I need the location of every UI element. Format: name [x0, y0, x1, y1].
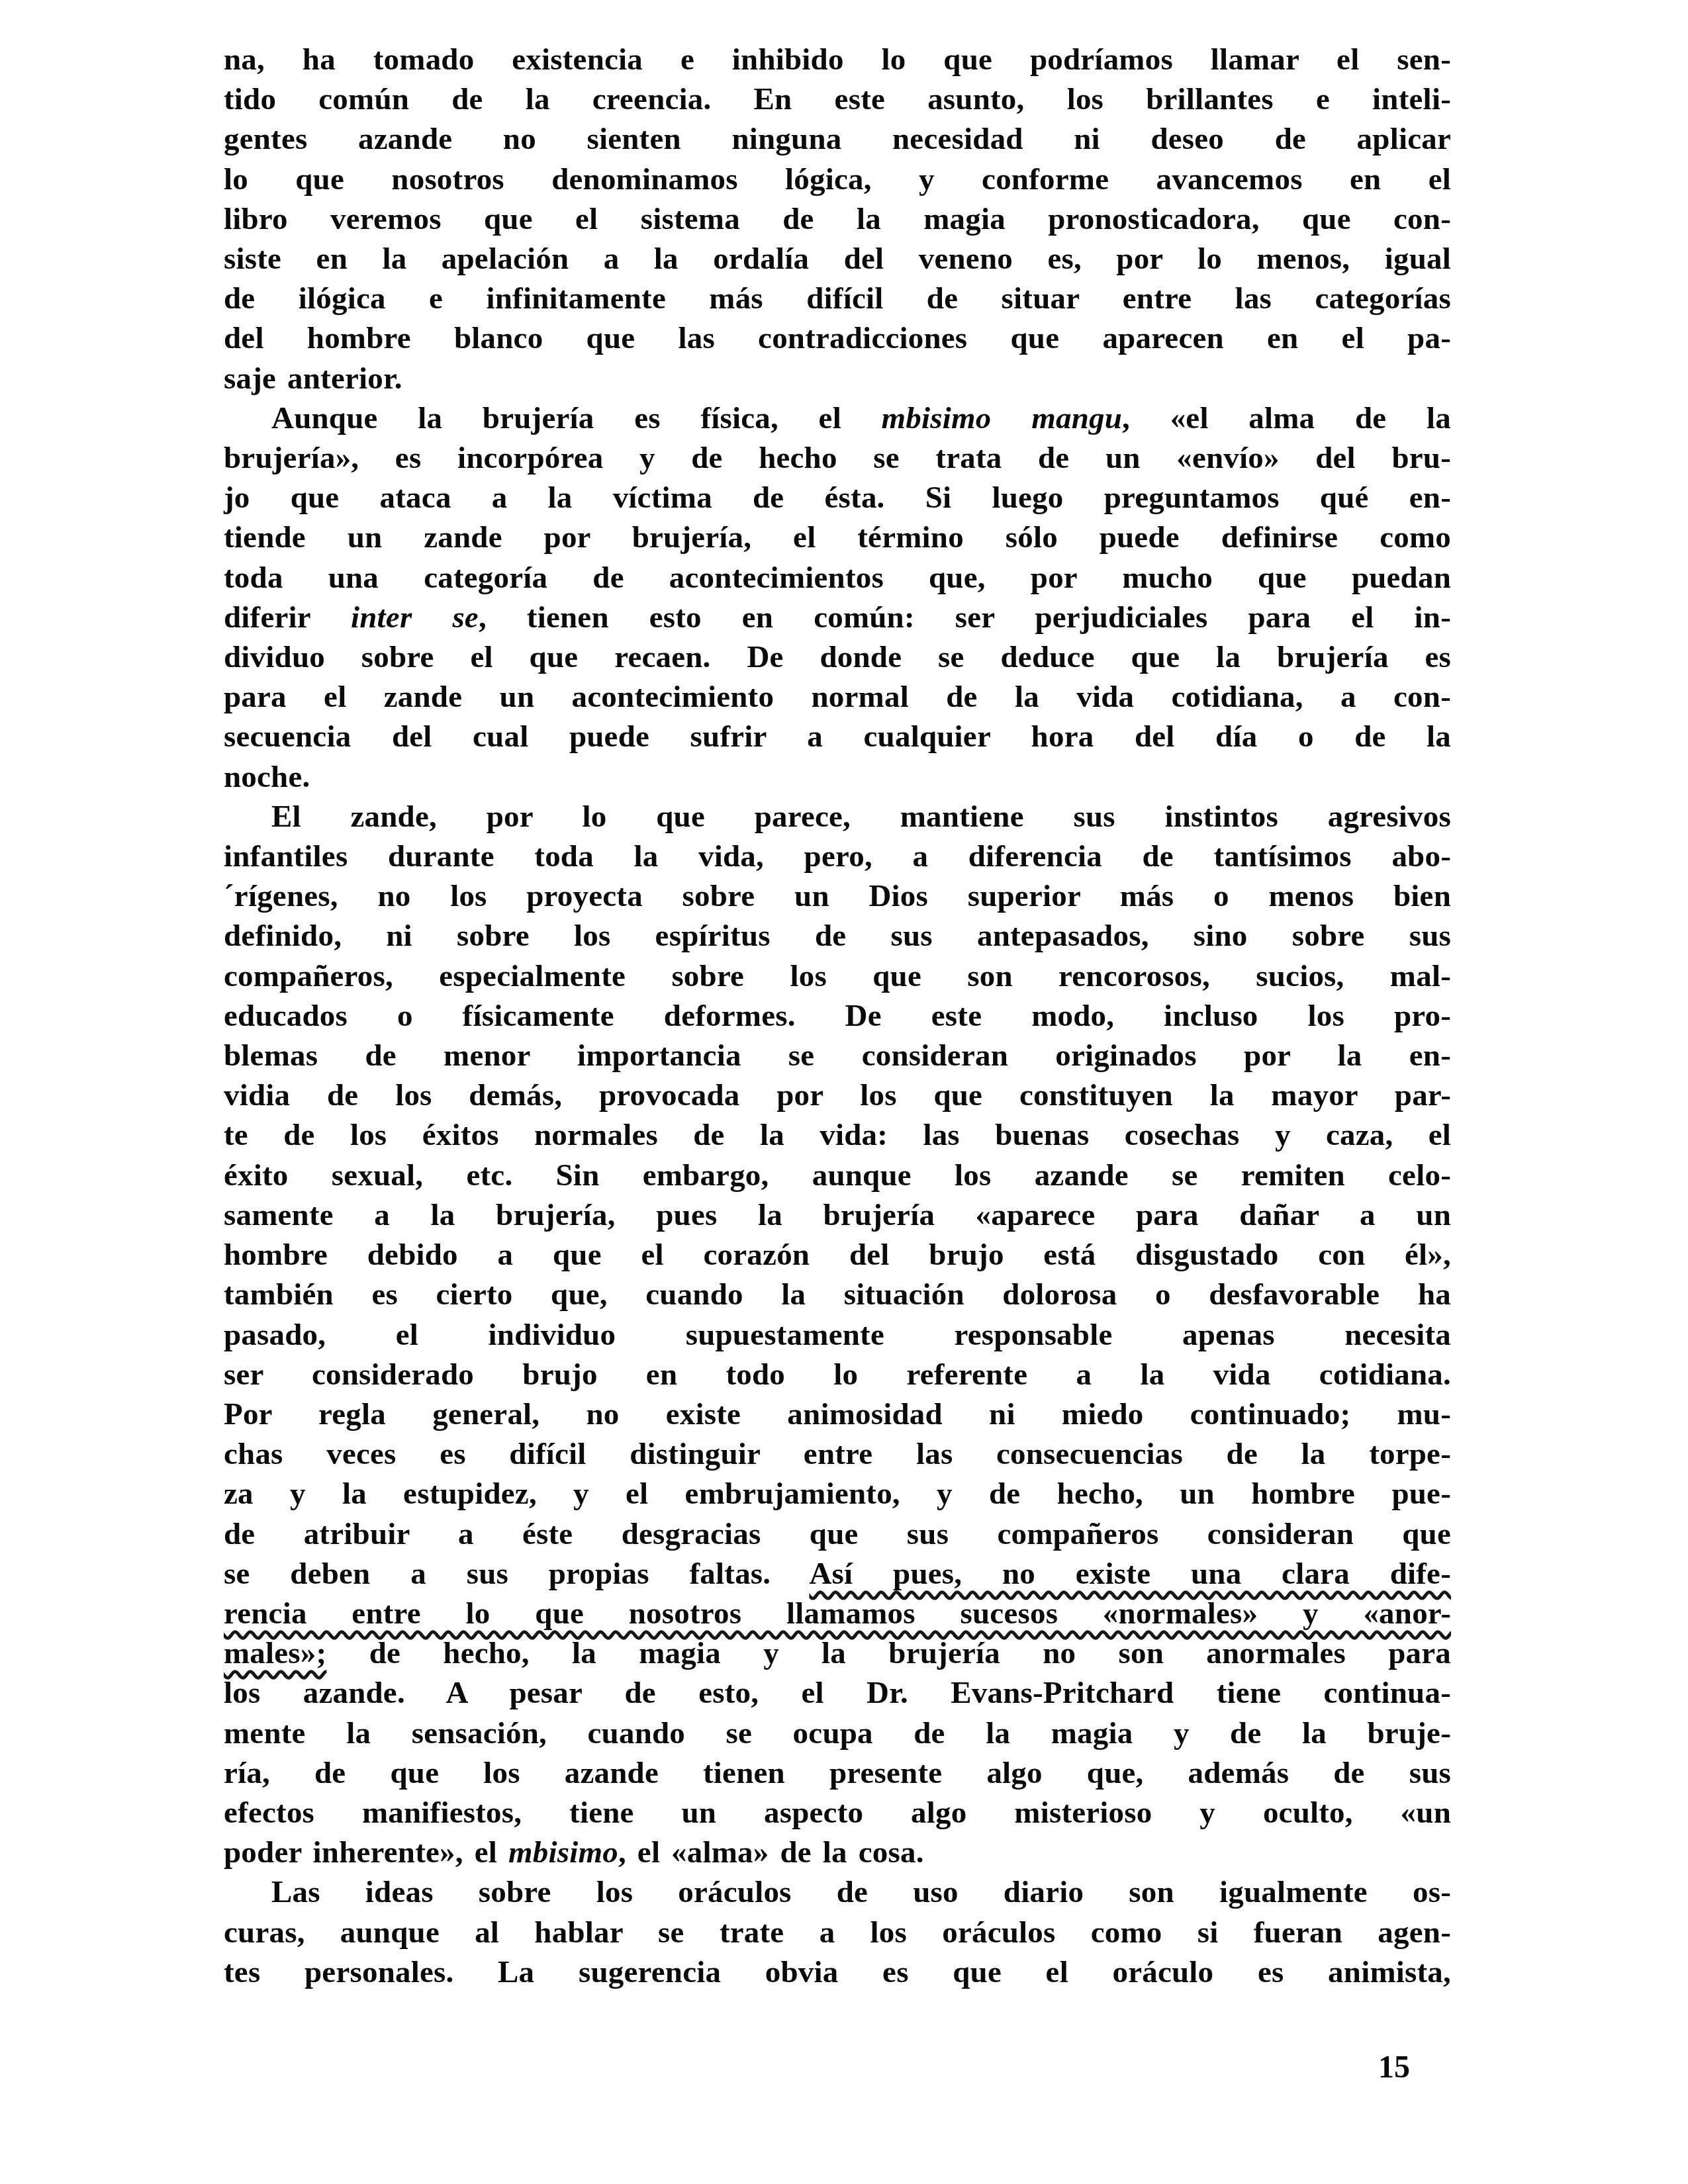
text-segment: Las ideas sobre los oráculos de uso diar… [271, 1875, 1451, 1909]
text-segment: compañeros, especialmente sobre los que … [224, 959, 1451, 993]
italic-text: mbisimo mangu [882, 401, 1122, 435]
text-segment: gentes azande no sienten ninguna necesid… [224, 122, 1451, 156]
text-segment: de hecho, la magia y la brujería no son … [326, 1636, 1451, 1670]
italic-text: inter se [351, 600, 479, 635]
text-segment: saje anterior. [224, 361, 402, 396]
text-line: ser considerado brujo en todo lo referen… [224, 1355, 1451, 1394]
page-number: 15 [1344, 2049, 1410, 2086]
text-line: infantiles durante toda la vida, pero, a… [224, 837, 1451, 876]
text-line: compañeros, especialmente sobre los que … [224, 956, 1451, 996]
text-line: ría, de que los azande tienen presente a… [224, 1753, 1451, 1793]
text-segment: mente la sensación, cuando se ocupa de l… [224, 1716, 1451, 1751]
text-line: samente a la brujería, pues la brujería … [224, 1195, 1451, 1235]
text-segment: tido común de la creencia. En este asunt… [224, 82, 1451, 116]
text-line: efectos manifiestos, tiene un aspecto al… [224, 1793, 1451, 1833]
text-segment: Aunque la brujería es física, el [271, 401, 882, 435]
text-segment: definido, ni sobre los espíritus de sus … [224, 919, 1451, 953]
text-segment: , tienen esto en común: ser perjudiciale… [479, 600, 1451, 635]
text-line: Por regla general, no existe animosidad … [224, 1394, 1451, 1434]
text-line: na, ha tomado existencia e inhibido lo q… [224, 40, 1451, 79]
text-segment: , «el alma de la [1122, 401, 1451, 435]
text-segment: ser considerado brujo en todo lo referen… [224, 1357, 1451, 1392]
text-line: de atribuir a éste desgracias que sus co… [224, 1514, 1451, 1554]
paragraph: na, ha tomado existencia e inhibido lo q… [224, 40, 1451, 398]
text-line: definido, ni sobre los espíritus de sus … [224, 916, 1451, 956]
text-line: noche. [224, 757, 1451, 797]
text-line: gentes azande no sienten ninguna necesid… [224, 119, 1451, 159]
text-segment: samente a la brujería, pues la brujería … [224, 1198, 1451, 1232]
text-segment: noche. [224, 760, 310, 794]
text-line: de ilógica e infinitamente más difícil d… [224, 279, 1451, 318]
text-segment: para el zande un acontecimiento normal d… [224, 680, 1451, 714]
pencil-underlined-text: males»; [224, 1636, 326, 1670]
text-line: libro veremos que el sistema de la magia… [224, 199, 1451, 239]
text-segment: te de los éxitos normales de la vida: la… [224, 1118, 1451, 1152]
text-line: hombre debido a que el corazón del brujo… [224, 1235, 1451, 1275]
text-segment: libro veremos que el sistema de la magia… [224, 202, 1451, 236]
text-line: Las ideas sobre los oráculos de uso diar… [224, 1872, 1451, 1912]
text-line: saje anterior. [224, 359, 1451, 398]
text-line: secuencia del cual puede sufrir a cualqu… [224, 717, 1451, 756]
text-line: mente la sensación, cuando se ocupa de l… [224, 1713, 1451, 1753]
text-segment: de ilógica e infinitamente más difícil d… [224, 281, 1451, 316]
text-segment: ría, de que los azande tienen presente a… [224, 1756, 1451, 1790]
text-line: pasado, el individuo supuestamente respo… [224, 1315, 1451, 1355]
text-line: poder inherente», el mbisimo, el «alma» … [224, 1833, 1451, 1872]
text-segment: poder inherente», el [224, 1835, 508, 1870]
book-page: na, ha tomado existencia e inhibido lo q… [0, 0, 1688, 2184]
text-segment: diferir [224, 600, 351, 635]
text-segment: curas, aunque al hablar se trate a los o… [224, 1915, 1451, 1950]
text-segment: siste en la apelación a la ordalía del v… [224, 242, 1451, 276]
text-line: educados o físicamente deformes. De este… [224, 996, 1451, 1036]
text-segment: ´rígenes, no los proyecta sobre un Dios … [224, 879, 1451, 913]
text-line: siste en la apelación a la ordalía del v… [224, 239, 1451, 279]
text-line: ´rígenes, no los proyecta sobre un Dios … [224, 876, 1451, 916]
text-line: za y la estupidez, y el embrujamiento, y… [224, 1474, 1451, 1514]
text-line: males»; de hecho, la magia y la brujería… [224, 1633, 1451, 1673]
text-segment: del hombre blanco que las contradiccione… [224, 321, 1451, 355]
text-segment: , el «alma» de la cosa. [618, 1835, 924, 1870]
text-segment: efectos manifiestos, tiene un aspecto al… [224, 1796, 1451, 1830]
text-segment: vidia de los demás, provocada por los qu… [224, 1078, 1451, 1113]
text-line: vidia de los demás, provocada por los qu… [224, 1075, 1451, 1115]
text-line: chas veces es difícil distinguir entre l… [224, 1434, 1451, 1474]
text-segment: éxito sexual, etc. Sin embargo, aunque l… [224, 1158, 1451, 1193]
text-segment: tiende un zande por brujería, el término… [224, 520, 1451, 555]
text-segment: tes personales. La sugerencia obvia es q… [224, 1955, 1451, 1989]
text-segment: lo que nosotros denominamos lógica, y co… [224, 162, 1451, 197]
text-segment: chas veces es difícil distinguir entre l… [224, 1437, 1451, 1471]
text-segment: secuencia del cual puede sufrir a cualqu… [224, 719, 1451, 754]
text-segment: hombre debido a que el corazón del brujo… [224, 1238, 1451, 1272]
text-line: tes personales. La sugerencia obvia es q… [224, 1952, 1451, 1992]
text-segment: na, ha tomado existencia e inhibido lo q… [224, 42, 1451, 77]
paragraph: Aunque la brujería es física, el mbisimo… [224, 398, 1451, 797]
text-line: también es cierto que, cuando la situaci… [224, 1275, 1451, 1314]
text-line: del hombre blanco que las contradiccione… [224, 318, 1451, 358]
text-segment: jo que ataca a la víctima de ésta. Si lu… [224, 480, 1451, 515]
text-segment: pasado, el individuo supuestamente respo… [224, 1318, 1451, 1352]
text-line: tido común de la creencia. En este asunt… [224, 79, 1451, 119]
text-line: toda una categoría de acontecimientos qu… [224, 558, 1451, 598]
text-segment: los azande. A pesar de esto, el Dr. Evan… [224, 1676, 1451, 1710]
text-line: dividuo sobre el que recaen. De donde se… [224, 637, 1451, 677]
pencil-underlined-text: Así pues, no existe una clara dife- [809, 1557, 1451, 1591]
text-segment: se deben a sus propias faltas. [224, 1557, 809, 1591]
text-line: tiende un zande por brujería, el término… [224, 518, 1451, 557]
paragraph: Las ideas sobre los oráculos de uso diar… [224, 1872, 1451, 1992]
text-segment: dividuo sobre el que recaen. De donde se… [224, 640, 1451, 674]
text-line: jo que ataca a la víctima de ésta. Si lu… [224, 478, 1451, 518]
text-line: los azande. A pesar de esto, el Dr. Evan… [224, 1673, 1451, 1713]
text-line: Aunque la brujería es física, el mbisimo… [224, 398, 1451, 438]
text-segment: brujería», es incorpórea y de hecho se t… [224, 441, 1451, 475]
text-segment: de atribuir a éste desgracias que sus co… [224, 1517, 1451, 1551]
text-segment: toda una categoría de acontecimientos qu… [224, 561, 1451, 595]
text-segment: blemas de menor importancia se considera… [224, 1038, 1451, 1073]
text-segment: za y la estupidez, y el embrujamiento, y… [224, 1477, 1451, 1511]
text-line: lo que nosotros denominamos lógica, y co… [224, 159, 1451, 199]
text-segment: Por regla general, no existe animosidad … [224, 1397, 1451, 1432]
text-line: para el zande un acontecimiento normal d… [224, 677, 1451, 717]
pencil-underlined-text: rencia entre lo que nosotros llamamos su… [224, 1596, 1451, 1631]
italic-text: mbisimo [508, 1835, 618, 1870]
text-block: na, ha tomado existencia e inhibido lo q… [224, 40, 1451, 1992]
text-segment: infantiles durante toda la vida, pero, a… [224, 839, 1451, 874]
text-line: blemas de menor importancia se considera… [224, 1036, 1451, 1075]
text-segment: educados o físicamente deformes. De este… [224, 999, 1451, 1033]
paragraph: El zande, por lo que parece, mantiene su… [224, 797, 1451, 1872]
text-line: diferir inter se, tienen esto en común: … [224, 598, 1451, 637]
text-segment: El zande, por lo que parece, mantiene su… [271, 799, 1451, 834]
text-line: brujería», es incorpórea y de hecho se t… [224, 438, 1451, 478]
text-line: éxito sexual, etc. Sin embargo, aunque l… [224, 1156, 1451, 1195]
text-line: se deben a sus propias faltas. Así pues,… [224, 1554, 1451, 1594]
text-segment: también es cierto que, cuando la situaci… [224, 1277, 1451, 1312]
text-line: rencia entre lo que nosotros llamamos su… [224, 1594, 1451, 1633]
text-line: curas, aunque al hablar se trate a los o… [224, 1913, 1451, 1952]
text-line: El zande, por lo que parece, mantiene su… [224, 797, 1451, 837]
text-line: te de los éxitos normales de la vida: la… [224, 1115, 1451, 1155]
